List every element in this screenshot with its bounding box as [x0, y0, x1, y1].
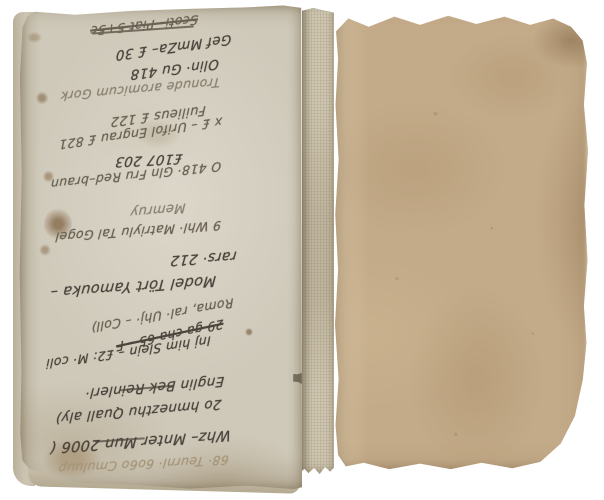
spine-edge-shading [302, 8, 334, 474]
stain [245, 328, 253, 336]
stain [27, 32, 42, 43]
right-page-edge-shading [333, 13, 589, 471]
left-page-handwritten: Scoti– Piat 5+5c Gef MmZa– £ 30 Olin· Gu… [18, 4, 304, 492]
right-page-blank [333, 13, 589, 471]
stain [39, 244, 51, 256]
cloth-spine-strip [302, 8, 334, 474]
stain [36, 91, 48, 105]
photo-open-notebook: Scoti– Piat 5+5c Gef MmZa– £ 30 Olin· Gu… [0, 0, 604, 500]
